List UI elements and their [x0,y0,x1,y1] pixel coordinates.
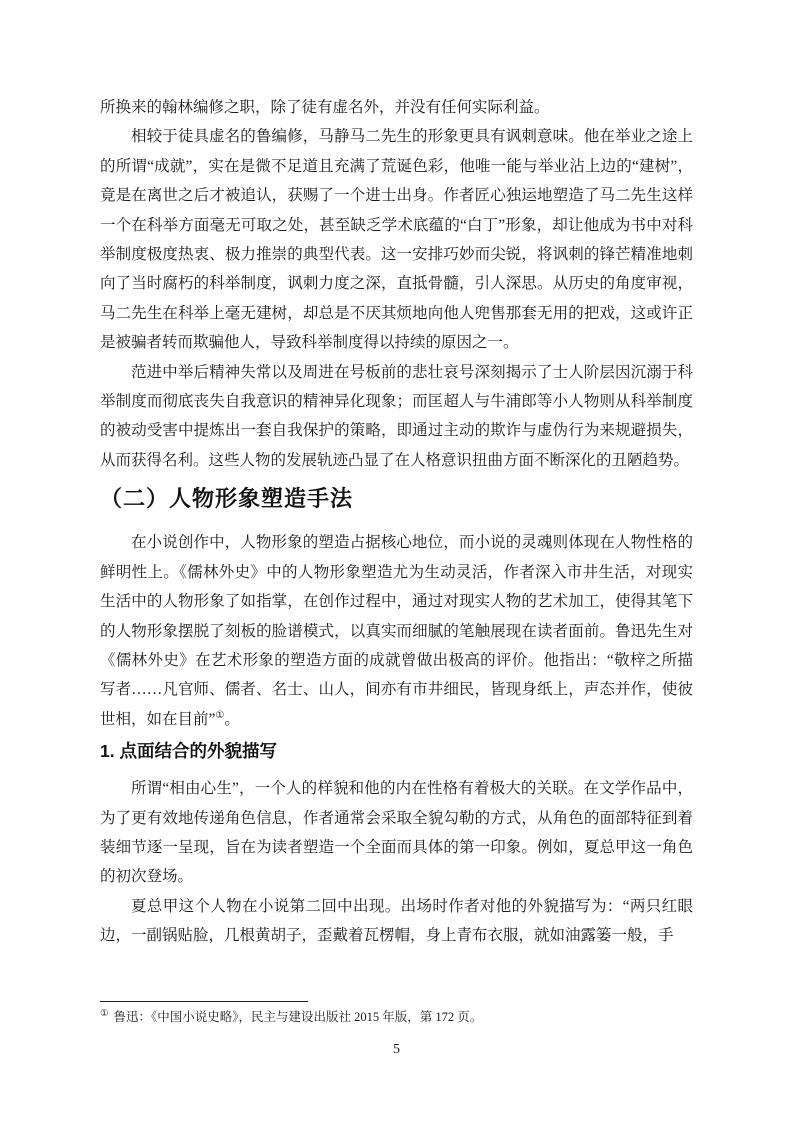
body-paragraph: 在小说创作中，人物形象的塑造占据核心地位，而小说的灵魂则体现在人物性格的鲜明性上… [100,528,693,734]
body-paragraph-continuation: 所换来的翰林编修之职，除了徒有虚名外，并没有任何实际利益。 [100,93,693,122]
footnote-separator-rule [100,1001,308,1002]
body-paragraph: 夏总甲这个人物在小说第二回中出现。出场时作者对他的外貌描写为：“两只红眼边，一副… [100,892,693,951]
page-body: 所换来的翰林编修之职，除了徒有虚名外，并没有任何实际利益。 相较于徒具虚名的鲁编… [100,93,693,951]
footnote-marker: ① [100,1009,109,1019]
body-paragraph: 范进中举后精神失常以及周进在号板前的悲壮哀号深刻揭示了士人阶层因沉溺于科举制度而… [100,358,693,476]
footnote-reference-marker: ① [215,710,224,721]
footnote: ①鲁迅：《中国小说史略》，民主与建设出版社 2015 年版，第 172 页。 [100,1008,693,1027]
page-number: 5 [0,1042,793,1058]
paragraph-text: 。 [224,711,240,728]
body-paragraph: 所谓“相由心生”，一个人的样貌和他的内在性格有着极大的关联。在文学作品中，为了更… [100,774,693,892]
subsection-heading: 1. 点面结合的外貌描写 [100,734,693,768]
footnote-area: ①鲁迅：《中国小说史略》，民主与建设出版社 2015 年版，第 172 页。 [100,1001,693,1027]
footnote-text: 鲁迅：《中国小说史略》，民主与建设出版社 2015 年版，第 172 页。 [114,1010,483,1024]
body-paragraph: 相较于徒具虚名的鲁编修，马静马二先生的形象更具有讽刺意味。他在举业之途上的所谓“… [100,122,693,357]
section-heading: （二）人物形象塑造手法 [100,481,693,517]
document-page: 所换来的翰林编修之职，除了徒有虚名外，并没有任何实际利益。 相较于徒具虚名的鲁编… [0,0,793,1122]
paragraph-text: 在小说创作中，人物形象的塑造占据核心地位，而小说的灵魂则体现在人物性格的鲜明性上… [100,534,693,727]
